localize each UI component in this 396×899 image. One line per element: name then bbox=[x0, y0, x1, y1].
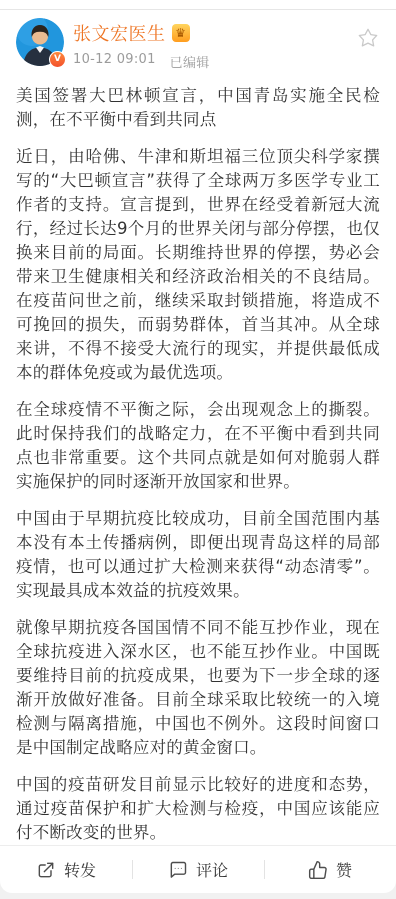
favorite-button[interactable] bbox=[356, 26, 380, 50]
weibo-post-screen: V 张文宏医生 ♛ 10-12 09:01 已编辑 美国签署大巴林顿宣言，中国青… bbox=[0, 0, 396, 899]
author-name[interactable]: 张文宏医生 bbox=[73, 20, 166, 46]
like-button[interactable]: 赞 bbox=[264, 846, 396, 893]
vip-crown-icon[interactable]: ♛ bbox=[172, 24, 190, 42]
top-divider bbox=[0, 0, 396, 10]
post-content: 美国签署大巴林顿宣言，中国青岛实施全民检测，在不平衡中看到共同点 近日，由哈佛、… bbox=[16, 84, 380, 845]
comment-label: 评论 bbox=[196, 858, 228, 881]
post-paragraph: 近日，由哈佛、牛津和斯坦福三位顶尖科学家撰写的“大巴顿宣言”获得了全球两万多医学… bbox=[16, 145, 380, 385]
post-paragraph: 中国的疫苗研发目前显示比较好的进度和态势，通过疫苗保护和扩大检测与检疫，中国应该… bbox=[16, 773, 380, 845]
bottom-gap bbox=[0, 893, 396, 899]
post-card: V 张文宏医生 ♛ 10-12 09:01 已编辑 美国签署大巴林顿宣言，中国青… bbox=[0, 10, 396, 845]
post-title-paragraph: 美国签署大巴林顿宣言，中国青岛实施全民检测，在不平衡中看到共同点 bbox=[16, 84, 380, 132]
thumbs-up-icon bbox=[308, 860, 328, 880]
post-paragraph: 就像早期抗疫各国国情不同不能互抄作业，现在全球抗疫进入深水区，也不能互抄作业。中… bbox=[16, 616, 380, 760]
comment-button[interactable]: 评论 bbox=[132, 846, 264, 893]
repost-label: 转发 bbox=[64, 858, 96, 881]
post-paragraph: 中国由于早期抗疫比较成功，目前全国范围内基本没有本土传播病例，即便出现青岛这样的… bbox=[16, 507, 380, 603]
post-header: V 张文宏医生 ♛ 10-12 09:01 已编辑 bbox=[16, 10, 380, 71]
edited-label: 已编辑 bbox=[170, 52, 210, 71]
like-label: 赞 bbox=[336, 858, 352, 881]
repost-button[interactable]: 转发 bbox=[0, 846, 132, 893]
post-timestamp: 10-12 09:01 bbox=[73, 52, 156, 71]
author-avatar[interactable]: V bbox=[16, 18, 64, 66]
action-bar-wrap: 转发 评论 赞 bbox=[0, 845, 396, 899]
share-arrow-icon bbox=[36, 860, 56, 880]
star-outline-icon bbox=[357, 27, 379, 49]
author-block: 张文宏医生 ♛ 10-12 09:01 已编辑 bbox=[73, 18, 210, 71]
speech-bubble-dots-icon bbox=[168, 860, 188, 880]
post-paragraph: 在全球疫情不平衡之际，会出现观念上的撕裂。此时保持我们的战略定力，在不平衡中看到… bbox=[16, 398, 380, 494]
action-bar: 转发 评论 赞 bbox=[0, 845, 396, 893]
verified-v-icon: V bbox=[49, 51, 66, 68]
